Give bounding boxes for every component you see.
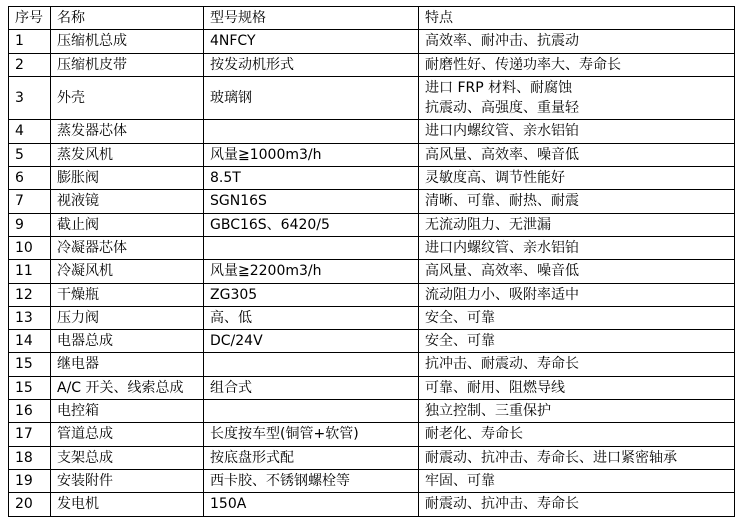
- cell-name: 压缩机总成: [51, 30, 204, 53]
- table-row: 2压缩机皮带按发动机形式耐磨性好、传递功率大、寿命长: [9, 53, 735, 76]
- table-row: 12干燥瓶ZG305流动阻力小、吸附率适中: [9, 283, 735, 306]
- cell-name: 电控箱: [51, 400, 204, 423]
- cell-spec: [204, 236, 419, 259]
- table-row: 5蒸发风机风量≧1000m3/h高风量、高效率、噪音低: [9, 143, 735, 166]
- table-body: 1压缩机总成4NFCY高效率、耐冲击、抗震动2压缩机皮带按发动机形式耐磨性好、传…: [9, 30, 735, 516]
- cell-spec: GBC16S、6420/5: [204, 213, 419, 236]
- table-row: 18支架总成按底盘形式配耐震动、抗冲击、寿命长、进口紧密轴承: [9, 446, 735, 469]
- cell-index: 9: [9, 213, 51, 236]
- cell-name: 压缩机皮带: [51, 53, 204, 76]
- cell-name: 干燥瓶: [51, 283, 204, 306]
- cell-index: 19: [9, 469, 51, 492]
- cell-name: 截止阀: [51, 213, 204, 236]
- table-header: 序号名称型号规格特点: [9, 7, 735, 30]
- cell-index: 3: [9, 76, 51, 120]
- cell-spec: 按底盘形式配: [204, 446, 419, 469]
- table-row: 14电器总成DC/24V安全、可靠: [9, 330, 735, 353]
- cell-index: 18: [9, 446, 51, 469]
- cell-spec: [204, 120, 419, 143]
- table-row: 19安装附件西卡胶、不锈钢螺栓等牢固、可靠: [9, 469, 735, 492]
- cell-name: 蒸发器芯体: [51, 120, 204, 143]
- cell-features: 进口 FRP 材料、耐腐蚀 抗震动、高强度、重量轻: [419, 76, 735, 120]
- table-row: 3外壳玻璃钢进口 FRP 材料、耐腐蚀 抗震动、高强度、重量轻: [9, 76, 735, 120]
- cell-index: 11: [9, 260, 51, 283]
- table-row: 9截止阀GBC16S、6420/5无流动阻力、无泄漏: [9, 213, 735, 236]
- table-row: 1压缩机总成4NFCY高效率、耐冲击、抗震动: [9, 30, 735, 53]
- cell-spec: 高、低: [204, 306, 419, 329]
- cell-spec: 长度按车型(铜管+软管): [204, 423, 419, 446]
- cell-features: 抗冲击、耐震动、寿命长: [419, 353, 735, 376]
- table-row: 6膨胀阀8.5T灵敏度高、调节性能好: [9, 167, 735, 190]
- column-header-index: 序号: [9, 7, 51, 30]
- table-row: 15A/C 开关、线索总成组合式可靠、耐用、阻燃导线: [9, 376, 735, 399]
- table-row: 13压力阀高、低安全、可靠: [9, 306, 735, 329]
- cell-index: 4: [9, 120, 51, 143]
- cell-spec: [204, 353, 419, 376]
- cell-name: 冷凝风机: [51, 260, 204, 283]
- cell-index: 16: [9, 400, 51, 423]
- cell-spec: 西卡胶、不锈钢螺栓等: [204, 469, 419, 492]
- cell-features: 进口内螺纹管、亲水铝铂: [419, 120, 735, 143]
- cell-index: 13: [9, 306, 51, 329]
- cell-name: 膨胀阀: [51, 167, 204, 190]
- cell-spec: 8.5T: [204, 167, 419, 190]
- cell-features: 进口内螺纹管、亲水铝铂: [419, 236, 735, 259]
- cell-spec: ZG305: [204, 283, 419, 306]
- cell-features: 安全、可靠: [419, 306, 735, 329]
- cell-features: 高风量、高效率、噪音低: [419, 260, 735, 283]
- cell-features: 高效率、耐冲击、抗震动: [419, 30, 735, 53]
- table-row: 17管道总成长度按车型(铜管+软管)耐老化、寿命长: [9, 423, 735, 446]
- column-header-features: 特点: [419, 7, 735, 30]
- cell-name: 管道总成: [51, 423, 204, 446]
- cell-name: 压力阀: [51, 306, 204, 329]
- cell-spec: 4NFCY: [204, 30, 419, 53]
- cell-name: 支架总成: [51, 446, 204, 469]
- cell-name: 安装附件: [51, 469, 204, 492]
- cell-features: 耐震动、抗冲击、寿命长: [419, 493, 735, 516]
- cell-index: 1: [9, 30, 51, 53]
- cell-name: 继电器: [51, 353, 204, 376]
- cell-features: 高风量、高效率、噪音低: [419, 143, 735, 166]
- cell-spec: 组合式: [204, 376, 419, 399]
- cell-features: 耐老化、寿命长: [419, 423, 735, 446]
- cell-features: 清晰、可靠、耐热、耐震: [419, 190, 735, 213]
- column-header-name: 名称: [51, 7, 204, 30]
- cell-name: 视液镜: [51, 190, 204, 213]
- document-page: 序号名称型号规格特点 1压缩机总成4NFCY高效率、耐冲击、抗震动2压缩机皮带按…: [0, 0, 741, 530]
- header-row: 序号名称型号规格特点: [9, 7, 735, 30]
- cell-index: 20: [9, 493, 51, 516]
- cell-index: 12: [9, 283, 51, 306]
- cell-features: 独立控制、三重保护: [419, 400, 735, 423]
- cell-spec: SGN16S: [204, 190, 419, 213]
- cell-features: 安全、可靠: [419, 330, 735, 353]
- table-row: 20发电机150A耐震动、抗冲击、寿命长: [9, 493, 735, 516]
- cell-spec: 风量≧2200m3/h: [204, 260, 419, 283]
- cell-index: 14: [9, 330, 51, 353]
- cell-spec: 150A: [204, 493, 419, 516]
- cell-index: 10: [9, 236, 51, 259]
- cell-features: 牢固、可靠: [419, 469, 735, 492]
- cell-spec: DC/24V: [204, 330, 419, 353]
- table-row: 16电控箱独立控制、三重保护: [9, 400, 735, 423]
- cell-spec: 风量≧1000m3/h: [204, 143, 419, 166]
- cell-name: 冷凝器芯体: [51, 236, 204, 259]
- table-row: 4蒸发器芯体进口内螺纹管、亲水铝铂: [9, 120, 735, 143]
- cell-name: 蒸发风机: [51, 143, 204, 166]
- cell-name: 电器总成: [51, 330, 204, 353]
- cell-spec: [204, 400, 419, 423]
- cell-features: 流动阻力小、吸附率适中: [419, 283, 735, 306]
- cell-index: 17: [9, 423, 51, 446]
- parts-spec-table: 序号名称型号规格特点 1压缩机总成4NFCY高效率、耐冲击、抗震动2压缩机皮带按…: [8, 6, 735, 517]
- cell-index: 15: [9, 376, 51, 399]
- cell-features: 耐磨性好、传递功率大、寿命长: [419, 53, 735, 76]
- table-row: 7视液镜SGN16S清晰、可靠、耐热、耐震: [9, 190, 735, 213]
- table-row: 15继电器抗冲击、耐震动、寿命长: [9, 353, 735, 376]
- column-header-spec: 型号规格: [204, 7, 419, 30]
- cell-index: 6: [9, 167, 51, 190]
- cell-features: 无流动阻力、无泄漏: [419, 213, 735, 236]
- cell-spec: 玻璃钢: [204, 76, 419, 120]
- cell-index: 2: [9, 53, 51, 76]
- cell-features: 灵敏度高、调节性能好: [419, 167, 735, 190]
- table-row: 11冷凝风机风量≧2200m3/h高风量、高效率、噪音低: [9, 260, 735, 283]
- cell-name: A/C 开关、线索总成: [51, 376, 204, 399]
- cell-spec: 按发动机形式: [204, 53, 419, 76]
- cell-index: 5: [9, 143, 51, 166]
- cell-index: 7: [9, 190, 51, 213]
- cell-index: 15: [9, 353, 51, 376]
- table-row: 10冷凝器芯体进口内螺纹管、亲水铝铂: [9, 236, 735, 259]
- cell-features: 耐震动、抗冲击、寿命长、进口紧密轴承: [419, 446, 735, 469]
- cell-features: 可靠、耐用、阻燃导线: [419, 376, 735, 399]
- cell-name: 外壳: [51, 76, 204, 120]
- cell-name: 发电机: [51, 493, 204, 516]
